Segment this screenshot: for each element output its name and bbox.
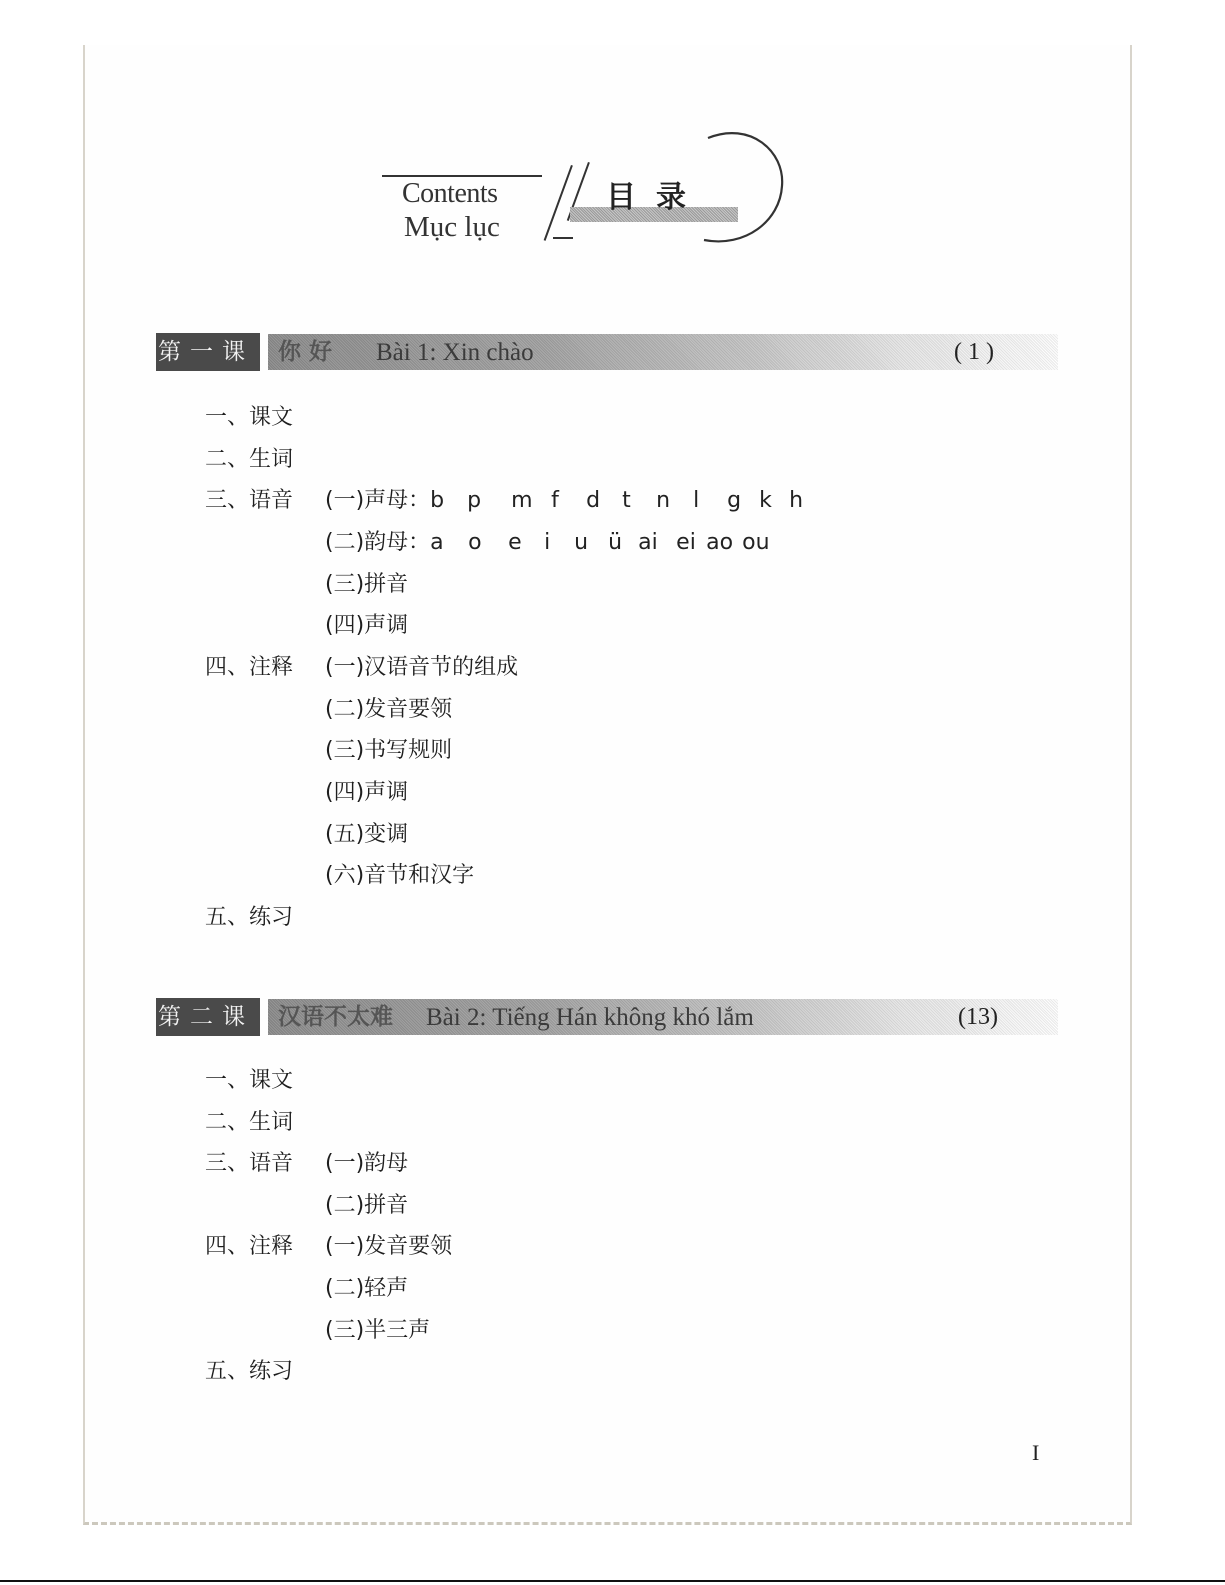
bottom-border-line [0, 1580, 1225, 1582]
toc-subsection-label: (一)韵母 [325, 1144, 408, 1184]
toc-subsection-label: (五)变调 [325, 815, 408, 855]
toc-section-label: 五、练习 [205, 898, 325, 938]
lesson-number-label: 第二课 [156, 998, 260, 1036]
toc-subsection-label: (二)轻声 [325, 1269, 408, 1309]
toc-section-label: 一、课文 [205, 1061, 325, 1101]
toc-subsection-label: (三)拼音 [325, 565, 408, 605]
toc-section-label: 二、生词 [205, 440, 325, 480]
toc-subsection[interactable]: (一)声母：bpmfdtnlgkh [325, 481, 803, 521]
title-rule-line [382, 175, 542, 177]
lesson-title-strip: 你 好 Bài 1: Xin chào [268, 334, 1058, 370]
title-slash-icon [544, 165, 573, 241]
lesson-page-number: ( 1 ) [954, 333, 994, 371]
finals-list: aoeiuüaieiaoou [430, 530, 769, 555]
lesson-title-chinese: 你 好 [278, 334, 332, 370]
toc-subsection-label: (二)发音要领 [325, 690, 452, 730]
toc-subsection-label: (六)音节和汉字 [325, 856, 474, 896]
lesson-title-vietnamese: Bài 1: Xin chào [376, 334, 534, 372]
toc-section-label: 五、练习 [205, 1352, 325, 1392]
lesson-title-vietnamese: Bài 2: Tiếng Hán không khó lắm [426, 999, 754, 1037]
toc-subsection[interactable]: (二)韵母：aoeiuüaieiaoou [325, 523, 770, 563]
contents-title-block: Contents Mục lục 目录 [0, 0, 1225, 260]
toc-section-label: 四、注释 [205, 1227, 325, 1267]
toc-subsection-label: (二)拼音 [325, 1186, 408, 1226]
toc-subsection-label: (一)发音要领 [325, 1227, 452, 1267]
page-folio: I [1032, 1440, 1039, 1466]
lesson-number-label: 第一课 [156, 333, 260, 371]
lesson-page-number: (13) [958, 998, 998, 1036]
lesson-header-2[interactable]: 第二课 汉语不太难 Bài 2: Tiếng Hán không khó lắm… [156, 998, 1016, 1036]
toc-subsection-label: (三)书写规则 [325, 731, 452, 771]
toc-subsection-label: (三)半三声 [325, 1311, 430, 1351]
toc-subsection-label: (一)声母： [325, 488, 430, 513]
toc-section-label: 四、注释 [205, 648, 325, 688]
toc-section-label: 一、课文 [205, 398, 325, 438]
toc-subsection-label: (四)声调 [325, 773, 408, 813]
toc-subsection-label: (四)声调 [325, 606, 408, 646]
title-vietnamese: Mục lục [404, 211, 500, 243]
toc-section-label: 三、语音 [205, 1144, 325, 1184]
toc-subsection-label: (二)韵母： [325, 530, 430, 555]
lesson-title-chinese: 汉语不太难 [278, 999, 393, 1035]
toc-subsection-label: (一)汉语音节的组成 [325, 648, 518, 688]
document-page [83, 45, 1132, 1525]
toc-section-label: 二、生词 [205, 1103, 325, 1143]
title-slash-base [553, 237, 573, 239]
title-english: Contents [402, 178, 498, 210]
initials-list: bpmfdtnlgkh [430, 488, 803, 513]
lesson-header-1[interactable]: 第一课 你 好 Bài 1: Xin chào ( 1 ) [156, 333, 1016, 371]
lesson-title-strip: 汉语不太难 Bài 2: Tiếng Hán không khó lắm [268, 999, 1058, 1035]
toc-section-label: 三、语音 [205, 481, 325, 521]
title-arc-icon [690, 126, 790, 246]
